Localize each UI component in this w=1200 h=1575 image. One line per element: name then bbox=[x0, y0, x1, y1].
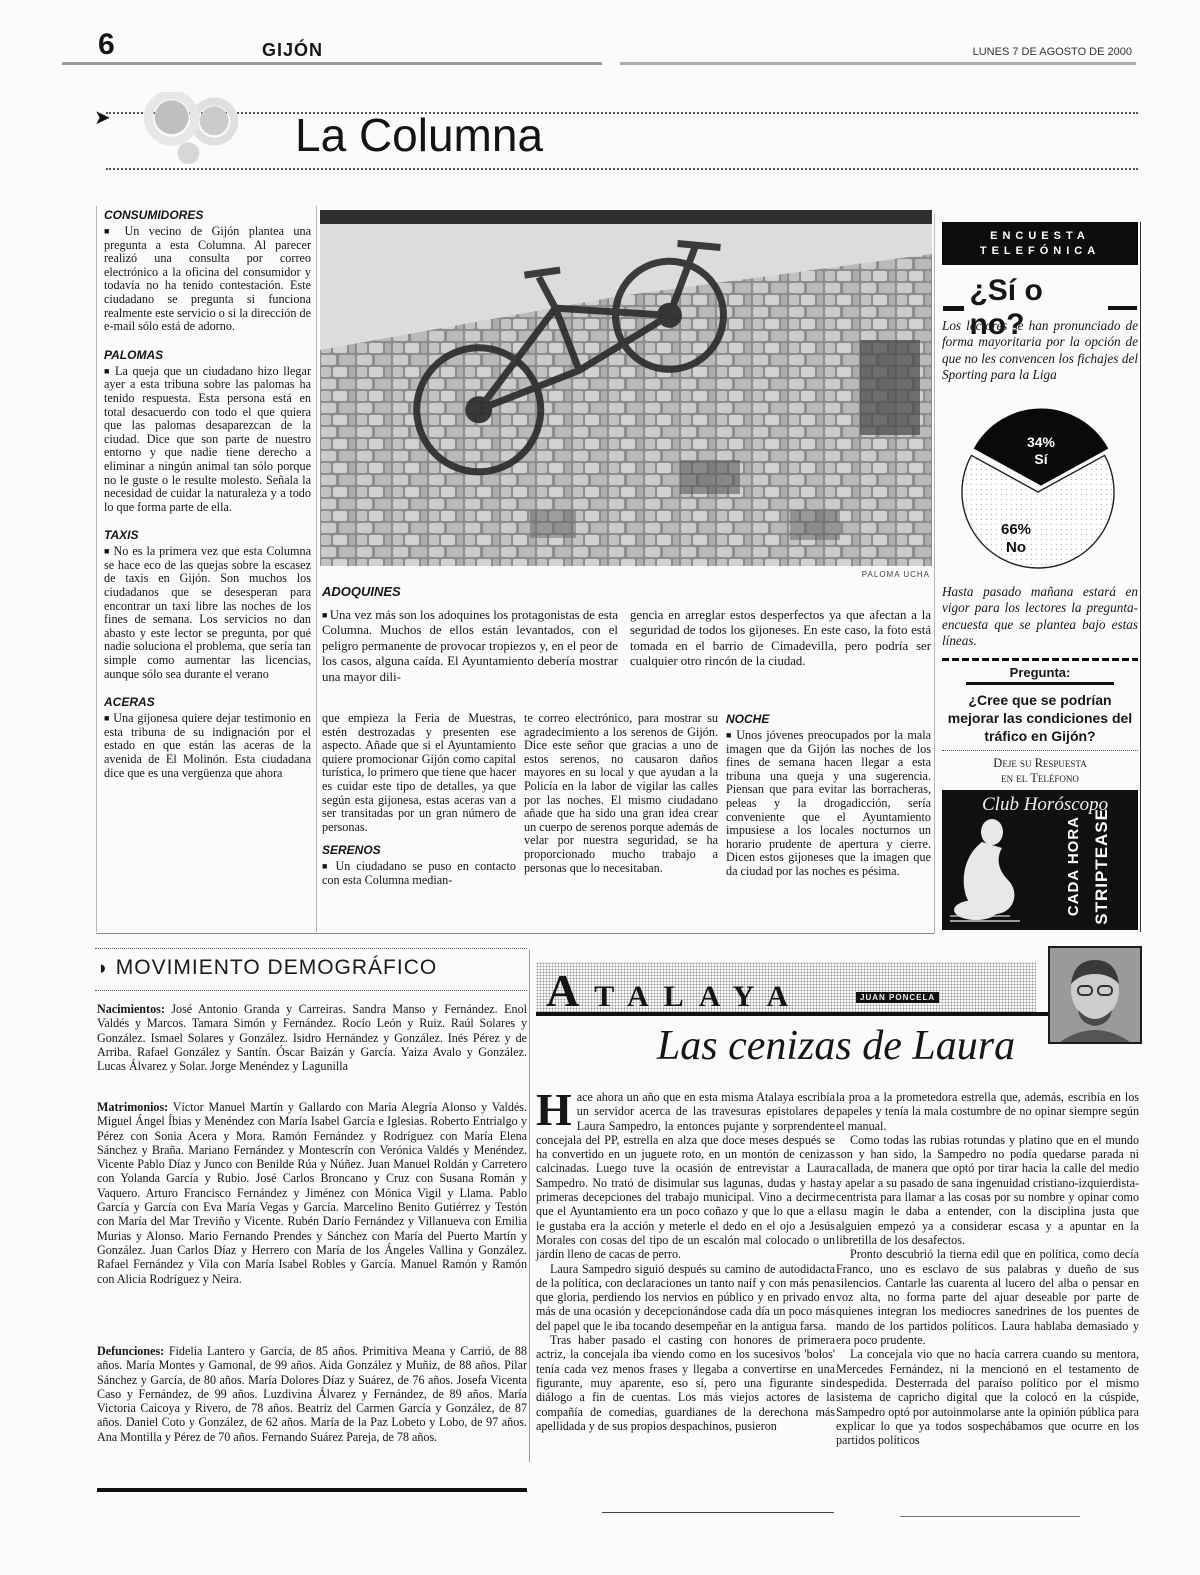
la-columna-left-column: CONSUMIDORES ■ Un vecino de Gijón plante… bbox=[104, 208, 311, 794]
square-bullet-icon: ■ bbox=[104, 366, 115, 376]
dotted-separator bbox=[942, 750, 1138, 751]
pie-label-si-pct: 34% bbox=[1027, 434, 1056, 450]
club-horoscopo-ad: Club Horóscopo CADA HORA STRIPTEASE bbox=[942, 790, 1138, 930]
ad-figure-silhouette bbox=[946, 810, 1032, 926]
pregunta-question: ¿Cree que se podrían mejorar las condici… bbox=[942, 691, 1138, 745]
matrimonios-label: Matrimonios: bbox=[97, 1100, 168, 1114]
atalaya-title: Las cenizas de Laura bbox=[536, 1022, 1136, 1070]
encuesta-note: Hasta pasado mañana estará en vigor para… bbox=[942, 584, 1138, 650]
section-adoquines: ADOQUINES bbox=[322, 584, 932, 602]
article-paragraph: Pronto descubrió la tierna edil que en p… bbox=[836, 1247, 1139, 1347]
section-heading: NOCHE bbox=[726, 712, 931, 726]
continuation-col-1: que empieza la Feria de Muestras, estén … bbox=[322, 712, 516, 888]
article-bottom-rule-2 bbox=[900, 1516, 1080, 1517]
section-consumidores: CONSUMIDORES ■ Un vecino de Gijón plante… bbox=[104, 208, 311, 334]
section-name: GIJÓN bbox=[262, 40, 323, 61]
atalaya-byline: JUAN PONCELA bbox=[856, 992, 939, 1003]
pie-label-si: Sí bbox=[1034, 451, 1048, 467]
divider-left bbox=[96, 206, 97, 932]
ad-vertical-text-2: STRIPTEASE bbox=[1092, 808, 1112, 925]
columna-bottom-rule bbox=[96, 933, 934, 934]
squiggle-rule bbox=[942, 658, 1138, 661]
section-text: ■ Una gijonesa quiere dejar testimonio e… bbox=[104, 712, 311, 780]
serenos-text: ■ Un ciudadano se puso en contacto con e… bbox=[322, 860, 516, 887]
article-paragraph: Laura Sampedro siguió después su camino … bbox=[536, 1262, 835, 1333]
noche-text: ■ Unos jóvenes preocupados por la mala i… bbox=[726, 729, 931, 879]
divider-sidebar bbox=[934, 214, 935, 934]
encuesta-kicker: ENCUESTA TELEFÓNICA bbox=[942, 222, 1138, 265]
pie-label-no-pct: 66% bbox=[1001, 521, 1031, 538]
defunciones-paragraph: Defunciones: Fidelia Lantero y García, d… bbox=[97, 1344, 527, 1444]
section-heading: ACERAS bbox=[104, 695, 311, 709]
section-heading: SERENOS bbox=[322, 843, 516, 857]
square-bullet-icon: ■ bbox=[322, 610, 330, 620]
square-bullet-icon: ■ bbox=[104, 546, 114, 556]
respuesta-line1: Deje su Respuesta bbox=[942, 756, 1138, 771]
newspaper-page: 6 GIJÓN LUNES 7 DE AGOSTO DE 2000 ➤ La C… bbox=[0, 0, 1200, 1575]
article-paragraph: Como todas las rubias rotundas y platino… bbox=[836, 1133, 1139, 1247]
section-taxis: TAXIS ■ No es la primera vez que esta Co… bbox=[104, 528, 311, 681]
demografico-heading: ◗ MOVIMIENTO DEMOGRÁFICO bbox=[97, 956, 437, 980]
decorative-dash-icon bbox=[1108, 306, 1137, 310]
section-text: ■ La queja que un ciudadano hizo llegar … bbox=[104, 365, 311, 515]
half-circle-bullet-icon: ◗ bbox=[97, 958, 116, 979]
masthead-dotted-bottom bbox=[106, 168, 1138, 170]
adoquines-col-right: gencia en arreglar estos desperfectos ya… bbox=[630, 608, 931, 670]
pregunta-label: Pregunta: bbox=[966, 665, 1114, 685]
ad-vertical-text-1: CADA HORA bbox=[1065, 816, 1082, 916]
square-bullet-icon: ■ bbox=[322, 861, 335, 871]
divider-col1 bbox=[316, 206, 317, 932]
divider-demografico bbox=[529, 950, 530, 1462]
kicker-line2: TELEFÓNICA bbox=[942, 244, 1138, 259]
article-paragraph: Hace ahora un año que en esta misma Atal… bbox=[536, 1090, 835, 1262]
section-palomas: PALOMAS ■ La queja que un ciudadano hizo… bbox=[104, 348, 311, 515]
section-heading: PALOMAS bbox=[104, 348, 311, 362]
ad-fine-print bbox=[950, 915, 1010, 917]
page-number: 6 bbox=[98, 28, 115, 62]
dateline: LUNES 7 DE AGOSTO DE 2000 bbox=[760, 46, 1132, 58]
section-text: ■ Un vecino de Gijón plantea una pregunt… bbox=[104, 225, 311, 334]
encuesta-intro: Los lectores se han pronunciado de forma… bbox=[942, 318, 1138, 384]
header-rule-left bbox=[62, 62, 602, 65]
demografico-dotted-top bbox=[95, 948, 527, 949]
section-aceras: ACERAS ■ Una gijonesa quiere dejar testi… bbox=[104, 695, 311, 780]
square-bullet-icon: ■ bbox=[726, 730, 736, 740]
la-columna-title: La Columna bbox=[295, 108, 543, 162]
section-text: ■ No es la primera vez que esta Columna … bbox=[104, 545, 311, 681]
square-bullet-icon: ■ bbox=[104, 713, 113, 723]
pie-label-no: No bbox=[1006, 539, 1026, 556]
demografico-bottom-rule bbox=[97, 1488, 527, 1492]
nacimientos-label: Nacimientos: bbox=[97, 1002, 165, 1016]
continuation-text: que empieza la Feria de Muestras, estén … bbox=[322, 712, 516, 834]
section-heading: ADOQUINES bbox=[322, 584, 932, 599]
adoquines-col-left: ■ Una vez más son los adoquines los prot… bbox=[322, 608, 618, 685]
atalaya-masthead: ATALAYA bbox=[546, 964, 803, 1017]
cobblestone-bicycle-photo bbox=[320, 210, 932, 566]
article-paragraph: la proa a la prometedora estrella que, a… bbox=[836, 1090, 1139, 1133]
section-heading: CONSUMIDORES bbox=[104, 208, 311, 222]
article-paragraph: Tras haber pasado el casting con honores… bbox=[536, 1333, 835, 1433]
arrow-icon: ➤ bbox=[94, 108, 111, 128]
article-paragraph: La concejala vio que no hacía carrera cu… bbox=[836, 1347, 1139, 1447]
poll-pie-chart: 34% Sí 66% No bbox=[950, 408, 1130, 576]
masthead-dotted-top bbox=[106, 112, 1138, 114]
square-bullet-icon: ■ bbox=[104, 226, 124, 236]
article-bottom-rule bbox=[602, 1512, 834, 1513]
nacimientos-paragraph: Nacimientos: José Antonio Granda y Carre… bbox=[97, 1002, 527, 1073]
section-heading: TAXIS bbox=[104, 528, 311, 542]
atalaya-left-column: Hace ahora un año que en esta misma Atal… bbox=[536, 1090, 835, 1433]
demografico-dotted-bottom bbox=[95, 990, 527, 991]
continuation-col-2: te correo electrónico, para mostrar su a… bbox=[524, 712, 718, 875]
decorative-dash-icon bbox=[943, 306, 964, 311]
kicker-line1: ENCUESTA bbox=[942, 229, 1138, 244]
la-columna-logo-icon bbox=[138, 92, 250, 164]
matrimonios-paragraph: Matrimonios: Víctor Manuel Martín y Gall… bbox=[97, 1100, 527, 1286]
defunciones-label: Defunciones: bbox=[97, 1344, 164, 1358]
header-rule-right bbox=[620, 62, 1136, 65]
atalaya-right-column: la proa a la prometedora estrella que, a… bbox=[836, 1090, 1139, 1447]
ad-fine-print bbox=[950, 920, 1020, 922]
respuesta-line2: en el Teléfono bbox=[942, 771, 1138, 786]
photo-credit: PALOMA UCHA bbox=[770, 570, 930, 579]
section-noche: NOCHE ■ Unos jóvenes preocupados por la … bbox=[726, 712, 931, 879]
